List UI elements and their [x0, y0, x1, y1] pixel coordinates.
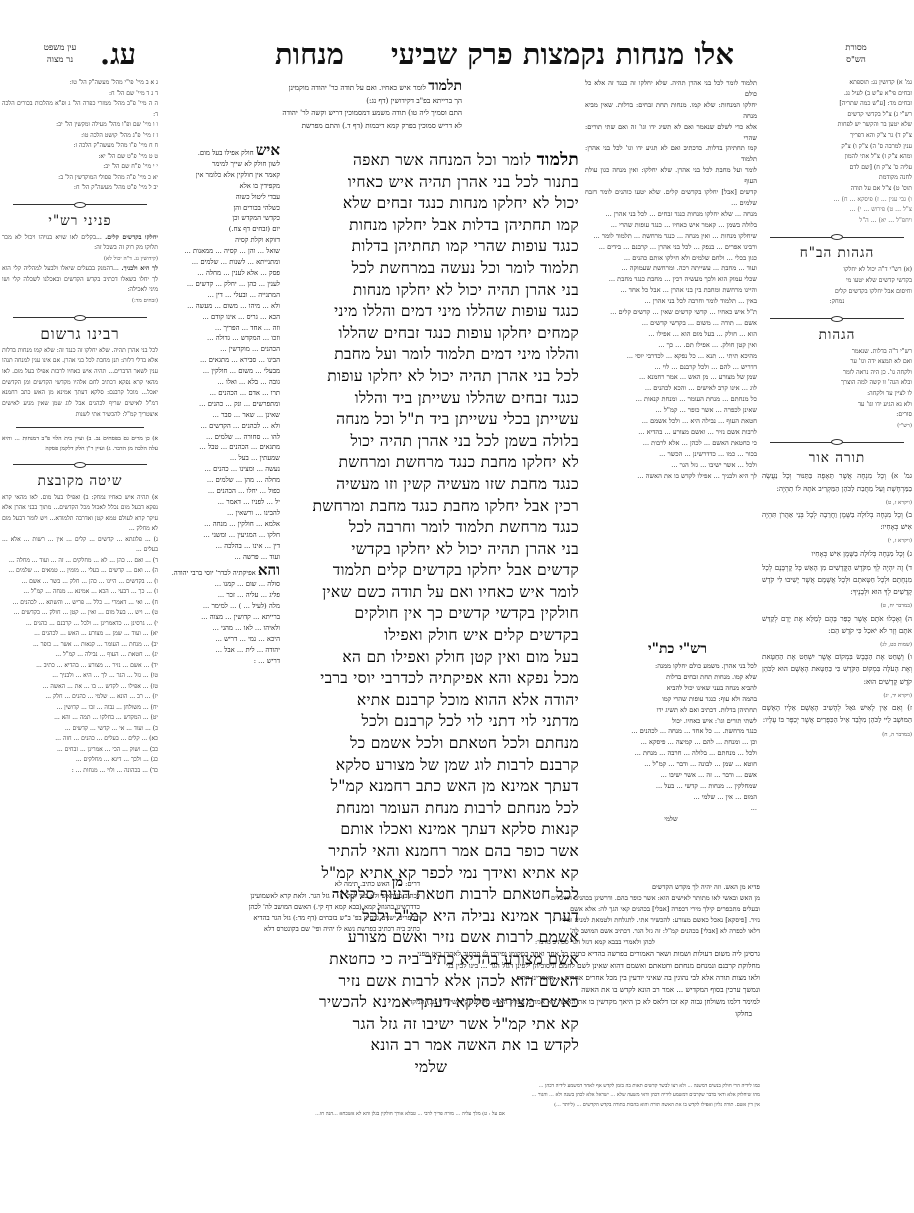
gemara-line: בעל מום ואין קטן חולק ואפילו תם הא: [283, 647, 579, 669]
ornament-divider: [2, 200, 158, 210]
ein-mishpat-item: יא כ מיי' פ"ה מהל' פסולי המוקדשין הל' ב:: [2, 173, 158, 184]
verse: ה) וְאָכְלוּ אֹתָם אֲשֶׁר כֻּפַּר בָּהֶם…: [762, 613, 912, 637]
verse: ג) וְכָל מִנְחָה בְּלוּלָה בַשֶּׁמֶן אִי…: [762, 548, 912, 560]
hagahot-habach-text: (א) רש"י ד"ה יכול לא יחלקו בקדשי קדשים ש…: [762, 265, 912, 307]
gemara-line: מכל נפקא והא אפיקתיה לכדרבי יוסי ברבי: [283, 668, 579, 690]
ein-mishpat-item: ו ו מיי' שם ופ"ו מהל' מעילה ומקשין הל' י…: [2, 120, 158, 131]
left-sidebar: ג א ב מיי' פי"י מהל' מעשה"ק הל' טו: ד ג …: [2, 78, 158, 776]
rashi-kat-title: רש"י כת"י: [648, 641, 707, 658]
gemara-line: כנגד זבחים שהללו עשייתן ביד והללו: [283, 388, 579, 410]
folio-number: עג.: [100, 36, 136, 72]
gemara-line: כנגד עופות שהללו מיני דמים והללו מיני: [283, 301, 579, 323]
gemara-line: דעתך אמינא מן האש כתב רחמנא קמ"ל: [283, 776, 579, 798]
ein-mishpat-item: ה ה מיי' פ"ב מהל' ממזרי כפרה הל' ג ופ"א …: [2, 99, 158, 120]
tosafot-header-note: תלמוד לומר איש כאחיו. ואם על תודה כר' יה…: [162, 80, 462, 132]
chapter-heading: אלו מנחות נקמצות פרק שביעי: [391, 36, 734, 72]
hagahot-title: הגהות: [762, 326, 912, 344]
ein-mishpat-label: עין משפט נר מצוה: [20, 42, 100, 66]
rashi-column: תלמוד לומר לכל בני אהרן תהיה. שלא יחלקו …: [585, 78, 757, 482]
gemara-line: תלמוד לומר וכל המנחה אשר תאפה: [283, 150, 579, 172]
tractate-name: מנחות: [275, 36, 344, 72]
tosafot-column: איש חולק אפילו בעל מום. לשון חולק לא שיי…: [162, 145, 280, 667]
ein-mishpat-item: י י מיי' פ"ח שם הל' יב:: [2, 162, 158, 173]
gemara-line: בקדשים קלים איש חולק ואפילו: [283, 625, 579, 647]
ein-mishpat-item: ח ח מיי' פ"ו מהל' מעשה"ק הלכה ז:: [2, 141, 158, 152]
ornament-divider: [762, 314, 912, 324]
gemara-line: לא יחלקו מחבת כנגד מרחשת ומרחשת: [283, 452, 579, 474]
gemara-line: לכל בני אהרן תהיה יכול לא יחלקו עופות: [283, 366, 579, 388]
gemara-line: מנחתם ולכל חטאתם ולכל אשמם כל: [283, 733, 579, 755]
gemara-line: כנגד מרחשת תלמוד לומר וחרבה לכל: [283, 517, 579, 539]
penei-rashi-text: יחלקו בקדשים קלים. ...בקלים לאו שויא בנו…: [2, 233, 158, 307]
gemara-line: לומר איש כאחיו ואם על תודה כשם שאין: [283, 582, 579, 604]
gemara-line: כנגד עופות שהרי קמו תחתיהן בדלות: [283, 236, 579, 258]
gemara-line: בתנור לכל בני אהרן תהיה איש כאחיו: [283, 172, 579, 194]
bottom-footnotes: כמו לידיה הרי חולק בנשים דמשנה ... ולא ר…: [60, 1082, 760, 1120]
gemara-line: בני אהרן תהיה יכול לא יחלקו בקדשי: [283, 539, 579, 561]
torah-or-verses: גמ' א) וְכָל מִנְחָה אֲשֶׁר תֵּאָפֶה בַּ…: [762, 470, 912, 740]
verse: ז) וְאִם אֵין לָאִישׁ גֹּאֵל לְהָשִׁיב ה…: [762, 702, 912, 726]
gemara-line: אשר כופר בהם אמר רחמנא והאי להתיר: [283, 841, 579, 863]
rabbenu-gershom-footnotes: א) כן מרים גם בפסחים נב. ב) ועיין בית הל…: [2, 434, 158, 454]
gemara-line: יהודה אלא ההוא מוכל קרבנם אתיא: [283, 690, 579, 712]
gemara-line: קמחים יחלקו עופות כנגד זבחים שהללו: [283, 323, 579, 345]
verse: גמ' א) וְכָל מִנְחָה אֲשֶׁר תֵּאָפֶה בַּ…: [762, 470, 912, 494]
masoret-hashas-label: מסורת הש"ס: [826, 42, 886, 66]
rabbenu-gershom-text: לכל בני אהרן תהיה. שלא יחלקו זה כנגד זה:…: [2, 346, 158, 421]
ornament-divider: [2, 460, 158, 470]
gemara-line: קדשים אבל יחלקו בקדשים קלים תלמוד: [283, 560, 579, 582]
ornament-divider: [762, 437, 912, 447]
torah-or-title: תורה אור: [762, 449, 912, 467]
rashi-bottom-block: פדיא מן האש. וזה יהיה לך מקדש הקדשים מן …: [430, 882, 760, 947]
gemara-line: יכול לא יחלקו מנחות כנגד זבחים שלא: [283, 193, 579, 215]
rashi-kat-text: לכל בני אהרן. משמע כולם יחלקו ממנה: שלא …: [585, 661, 757, 825]
ein-mishpat-item: ד ג ד מיי' שם הל' ח:: [2, 89, 158, 100]
gemara-line: והללו מיני דמים תלמוד לומר ועל מחבת: [283, 344, 579, 366]
hagahot-text: רש"י ד"ה בדלות. שנאמר ואם לא תמצא ידה וג…: [762, 347, 912, 432]
shita-mekubetzet-text: א) תהיה איש כאחיו נמחק: ב) ואפילו בעל מו…: [2, 493, 158, 777]
gemara-line: בלולה בשמן לכל בני אהרן תהיה יכול: [283, 431, 579, 453]
divider-line: [16, 427, 144, 428]
tosafot-bottom-block: דרים: מן האש כתיב. תימה לא לכתוב מן האש …: [162, 878, 420, 935]
ein-mishpat-item: יב ל מיי' פ"ט מהל' מעשה"ק הל' ח:: [2, 183, 158, 194]
rabbenu-gershom-title: רבינו גרשום: [2, 325, 158, 343]
gemara-line: תלמוד לומר וכל נעשה במרחשת לכל: [283, 258, 579, 280]
verse: ו) וְשָׁחַט אֶת הַכֶּבֶשׂ בִּמְקוֹם אֲשֶ…: [762, 651, 912, 688]
verse: ב) וְכָל מִנְחָה בְלוּלָה בַשֶּׁמֶן וַחֲ…: [762, 509, 912, 533]
shita-mekubetzet-title: שיטה מקובצת: [2, 472, 158, 490]
rashi-top: תלמוד לומר לכל בני אהרן תהיה. שלא יחלקו …: [585, 78, 757, 187]
masoret-notes: גמ' א) קדושין נג: תוספתא זבחים פי"א ע"ש …: [762, 78, 912, 226]
ein-mishpat-item: ט ט מיי' פ"ט שם הל' יא:: [2, 152, 158, 163]
ein-mishpat-item: ג א ב מיי' פי"י מהל' מעשה"ק הל' טו:: [2, 78, 158, 89]
verse: ד) זֶה יִהְיֶה לְךָ מִקֹּדֶשׁ הַקֳּדָשִׁ…: [762, 562, 912, 599]
hagahot-habach-title: הגהות הב"ח: [762, 244, 912, 262]
penei-rashi-title: פניני רש"י: [2, 212, 158, 230]
page-header: מסורת הש"ס אלו מנחות נקמצות פרק שביעי מנ…: [0, 30, 914, 80]
wide-tosafot-lines: גרסינן ליה משום דעולות ושמות ושאר האמורי…: [162, 948, 760, 1020]
rashi-body-filler: קדשים [אבל] יחלקו בקדשים קלים. שלא יטעו …: [585, 187, 757, 481]
gemara-line: רכין אבל יחלקו מחבת כנגד מחבת ומרחשת: [283, 496, 579, 518]
gemara-line: חולקין בקדשי קדשים כך אין חולקים: [283, 603, 579, 625]
gemara-line: לכל מנחתם לרבות מנחת העומר ומנחת: [283, 798, 579, 820]
gemara-line: מדתני לוי דתני לוי לכל קרבנם ולכל: [283, 711, 579, 733]
ornament-divider: [2, 313, 158, 323]
ein-mishpat-item: ז ז מיי' פ"ג מהל' קושט הלכה טו:: [2, 131, 158, 142]
gemara-line: לקדש בו את האשה אמר רב הונא: [283, 1035, 579, 1057]
gemara-line: כנגד מחבת שזו מעשיה קשין וזו מעשיה: [283, 474, 579, 496]
right-sidebar: גמ' א) קדושין נג: תוספתא זבחים פי"א ע"ש …: [762, 78, 912, 741]
gemara-line: עשייתן בכלי עשייתן ביד ת"ל וכל מנחה: [283, 409, 579, 431]
gemara-line: בני אהרן תהיה יכול לא יחלקו מנחות: [283, 280, 579, 302]
gemara-line: שלמי: [283, 1057, 579, 1079]
gemara-line: קמו תחתיהן בדלות אבל יחלקו מנחות: [283, 215, 579, 237]
gemara-line: קרבנם לרבות לוג שמן של מצורע סלקא: [283, 755, 579, 777]
ornament-divider: [762, 232, 912, 242]
ein-mishpat-items: ג א ב מיי' פי"י מהל' מעשה"ק הל' טו: ד ג …: [2, 78, 158, 194]
gemara-line: קנאות סלקא דעתך אמינא ואכלו אותם: [283, 819, 579, 841]
